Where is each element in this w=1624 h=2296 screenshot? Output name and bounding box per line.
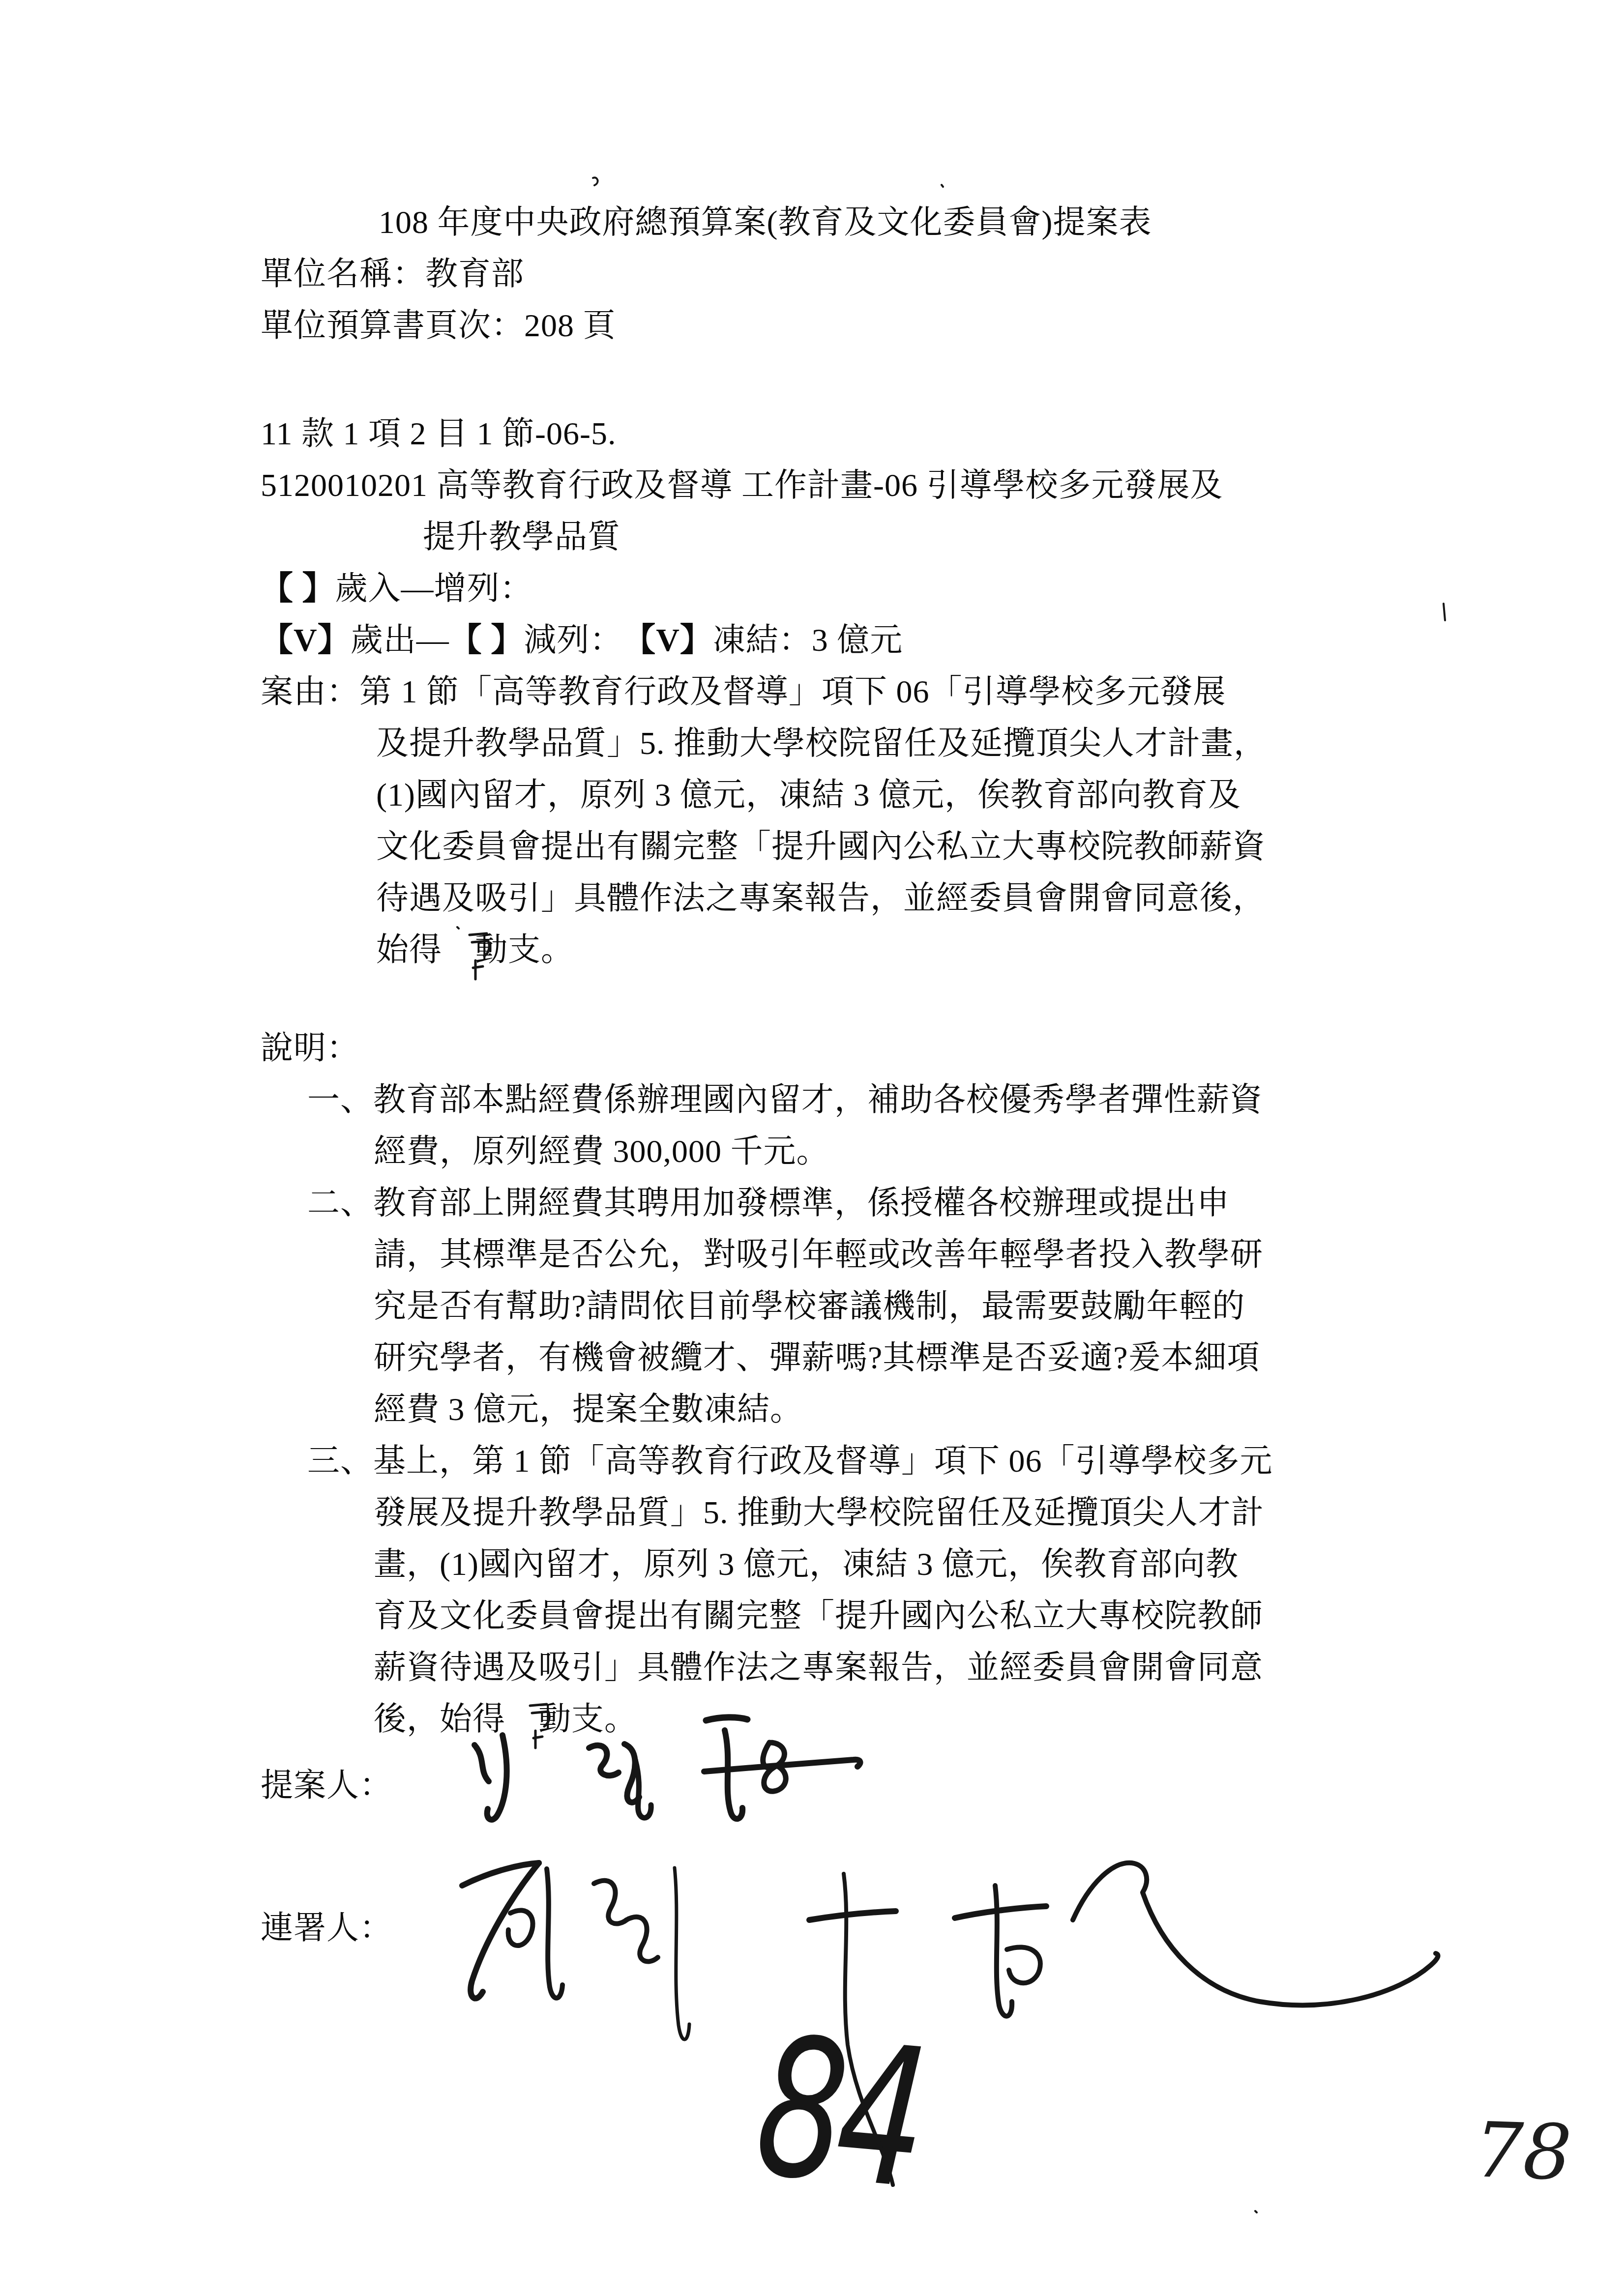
cut-label: 減列： [524, 622, 639, 658]
explanation-item2-line2: 請，其標準是否公允，對吸引年輕或改善年輕學者投入教學研 [374, 1229, 1559, 1280]
freeze-label: 凍結：3 億元 [713, 622, 903, 658]
unit-name-line: 單位名稱：教育部 [261, 248, 1559, 300]
explanation-item3-line1: 三、基上，第 1 節「高等教育行政及督導」項下 06「引導學校多元 [307, 1435, 1559, 1487]
case-line-6: 始得 動支。 [376, 924, 1559, 976]
explanation-item2-line5: 經費 3 億元，提案全數凍結。 [374, 1384, 1559, 1435]
cosigner-label: 連署人： [261, 1902, 1559, 1954]
explanation-item1-line2: 經費，原列經費 300,000 千元。 [374, 1126, 1559, 1177]
checkbox-expense-line: 【V】歲出—【 】減列： 【V】凍結：3 億元 [261, 614, 1559, 666]
explanation-item3-line6: 後，始得 動支。 [374, 1693, 1559, 1745]
cut-checkbox: 【 】 [449, 622, 524, 658]
budget-ref-line-1: 11 款 1 項 2 目 1 節-06-5. [261, 408, 1559, 460]
budget-ref-line-2: 5120010201 高等教育行政及督導 工作計畫-06 引導學校多元發展及 [261, 460, 1559, 511]
unit-page-line: 單位預算書頁次：208 頁 [261, 300, 1559, 351]
revenue-label: 歲入—增列： [335, 571, 533, 607]
case-line-3: (1)國內留才，原列 3 億元，凍結 3 億元，俟教育部向教育及 [376, 769, 1559, 821]
case-line-2: 及提升教學品質」5. 推動大學校院留任及延攬頂尖人才計畫， [376, 718, 1559, 769]
expense-checkbox: 【V】 [261, 622, 351, 658]
budget-ref-line-2-cont: 提升教學品質 [423, 511, 1559, 563]
explanation-item3-line3: 畫，(1)國內留才，原列 3 億元，凍結 3 億元，俟教育部向教 [374, 1539, 1559, 1590]
case-line-4: 文化委員會提出有關完整「提升國內公私立大專校院教師薪資 [376, 821, 1559, 872]
explanation-item2-line3: 究是否有幫助?請問依目前學校審議機制，最需要鼓勵年輕的 [374, 1280, 1559, 1332]
case-line-1: 案由：第 1 節「高等教育行政及督導」項下 06「引導學校多元發展 [261, 666, 1559, 718]
explanation-item2-line1: 二、教育部上開經費其聘用加發標準，係授權各校辦理或提出申 [307, 1177, 1559, 1229]
handwritten-tally-number: 84 [750, 2010, 926, 2215]
scanned-document-page: 108 年度中央政府總預算案(教育及文化委員會)提案表 單位名稱：教育部 單位預… [0, 0, 1624, 2296]
case-line-5: 待遇及吸引」具體作法之專案報告，並經委員會開會同意後， [376, 872, 1559, 924]
freeze-checkbox: 【V】 [639, 622, 713, 658]
checkbox-revenue-line: 【 】歲入—增列： [261, 563, 1559, 614]
handwritten-corner-page-number: 78 [1474, 2112, 1573, 2191]
expense-label: 歲出— [351, 622, 449, 658]
explanation-item3-line2: 發展及提升教學品質」5. 推動大學校院留任及延攬頂尖人才計 [374, 1487, 1559, 1539]
explanation-item3-line4: 育及文化委員會提出有關完整「提升國內公私立大專校院教師 [374, 1590, 1559, 1642]
explanation-item2-line4: 研究學者，有機會被纜才、彈薪嗎?其標準是否妥適?爰本細項 [374, 1332, 1559, 1384]
explanation-item3-line5: 薪資待遇及吸引」具體作法之專案報告，並經委員會開會同意 [374, 1642, 1559, 1693]
revenue-checkbox: 【 】 [261, 571, 335, 607]
explanation-heading: 說明： [261, 1022, 1559, 1074]
proposer-label: 提案人： [261, 1760, 1559, 1811]
document-body: 108 年度中央政府總預算案(教育及文化委員會)提案表 單位名稱：教育部 單位預… [261, 197, 1559, 1954]
explanation-item1-line1: 一、教育部本點經費係辦理國內留才，補助各校優秀學者彈性薪資 [307, 1074, 1559, 1126]
document-title: 108 年度中央政府總預算案(教育及文化委員會)提案表 [379, 197, 1559, 248]
